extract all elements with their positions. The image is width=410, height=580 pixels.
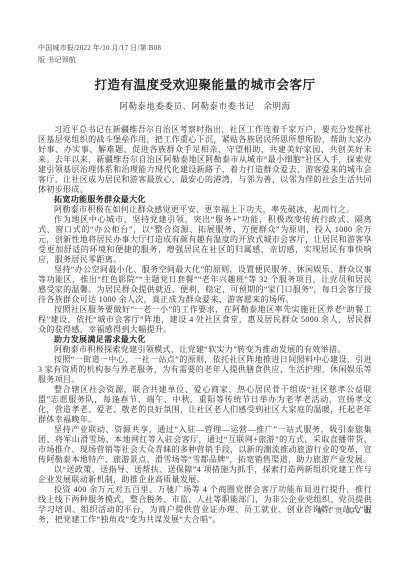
publication-meta-line1: 中国城市报/2022 年/10 月/17 日/第 B08	[38, 43, 372, 55]
section-heading: 拓宽功能服务群众最大化	[38, 195, 372, 205]
article-byline: 阿勒泰地委委员、阿勒泰市委书记 余明海	[38, 100, 372, 112]
paragraph: 坚持“办公空间最小化、服务空间最大化”的原则，设置便民服务、休闲娱乐、群众议事等…	[38, 265, 372, 305]
paragraph: 习近平总书记在新疆维吾尔自治区考察时指出，社区工作连着千家万户，要充分发挥社区基…	[38, 125, 372, 195]
paragraph: 作为地区中心城市，坚持党建引领，突出“服务+”功能，积极改变传统行政式、隔离式、…	[38, 215, 372, 265]
publication-meta: 中国城市报/2022 年/10 月/17 日/第 B08 版 书记领航	[38, 43, 372, 66]
paragraph: 坚持产业联动、资源共享，通过“入驻—管理—运营—推广”一站式服务，吸引泰旅集团、…	[38, 425, 372, 465]
paragraph: 以“送政策、送指导、送帮扶、送保障”4 项措施为抓手，探索打造两新组织党建工作与…	[38, 465, 372, 485]
paragraph: 按照社区服务要做好“一老一小”的工作要求，在阿勒泰地区率先实施社区养老“助餐工程…	[38, 305, 372, 335]
article-title: 打造有温度受欢迎聚能量的城市会客厅	[38, 75, 372, 93]
article-body: 习近平总书记在新疆维吾尔自治区考察时指出，社区工作连着千家万户，要充分发挥社区基…	[38, 125, 372, 525]
paragraph: 整合辖区社会资源，联合共建单位、爱心商家、热心居民骨干组成“社区慈孝公益联盟”志…	[38, 385, 372, 425]
page-number: 第 1 页 共 2 页	[317, 506, 372, 516]
paragraph: 阿勒泰市积极在如何让群众感觉更平安、更幸福上下功夫，率先破冰，起而行之。	[38, 205, 372, 215]
paragraph: 按照“一街道一中心、一社一站点”的原则，依托社区阵地推进日间照料中心建设，引进 …	[38, 355, 372, 385]
publication-meta-line2: 版 书记领航	[38, 55, 372, 67]
section-heading: 助力发展满足需求最大化	[38, 335, 372, 345]
paragraph: 阿勒泰市积极探索党建引领模式，让党建“软实力”转变为推动发展的有效举措。	[38, 345, 372, 355]
paragraph: 投资 400 余万元对五百里、万驰广场等 4 个商圈党群会客厅功能布局进行提升，…	[38, 485, 372, 525]
document-page: 中国城市报/2022 年/10 月/17 日/第 B08 版 书记领航 打造有温…	[0, 0, 410, 580]
